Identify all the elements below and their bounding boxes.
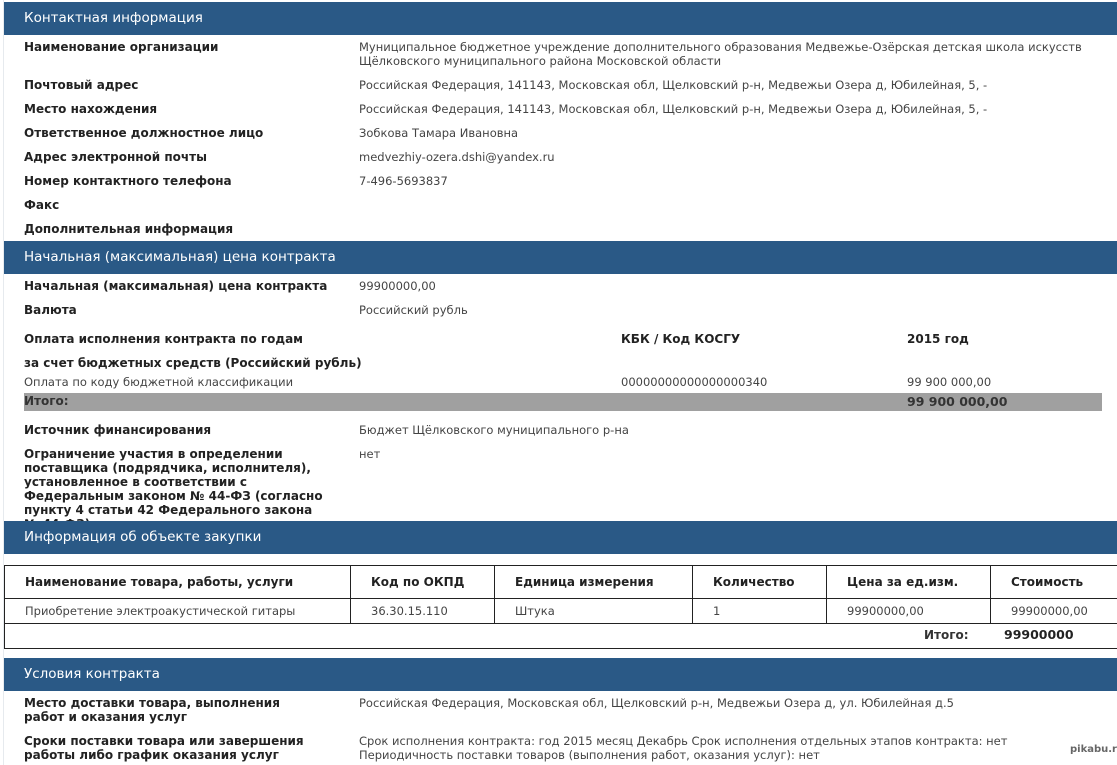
value-phone: 7-496-5693837 — [359, 174, 1104, 188]
value-max-price: 99900000,00 — [359, 279, 1104, 293]
label-items-total: Итого: — [924, 628, 969, 642]
cell-unit-price: 99900000,00 — [827, 599, 991, 624]
cell-quantity: 1 — [693, 599, 827, 624]
value-org-name: Муниципальное бюджетное учреждение допол… — [359, 40, 1104, 68]
value-email[interactable]: medvezhiy-ozera.dshi@yandex.ru — [359, 150, 1104, 164]
label-phone: Номер контактного телефона — [24, 174, 232, 188]
label-max-price: Начальная (максимальная) цена контракта — [24, 279, 327, 293]
label-location: Место нахождения — [24, 102, 157, 116]
col-header-quantity: Количество — [693, 566, 827, 599]
label-org-name: Наименование организации — [24, 40, 218, 54]
label-postal-address: Почтовый адрес — [24, 78, 138, 92]
procurement-notice-page: Контактная информация Наименование орган… — [3, 0, 1117, 765]
value-responsible-person: Зобкова Тамара Ивановна — [359, 126, 1104, 140]
value-postal-address: Российская Федерация, 141143, Московская… — [359, 78, 1104, 92]
watermark: pikabu.ru — [1070, 744, 1117, 755]
label-restriction: Ограничение участия в определении постав… — [24, 447, 324, 531]
label-total: Итого: — [24, 394, 69, 408]
cell-unit: Штука — [495, 599, 693, 624]
value-total: 99 900 000,00 — [907, 394, 1007, 409]
value-payment-code: 00000000000000000340 — [621, 375, 881, 389]
label-delivery-place: Место доставки товара, выполнения работ … — [24, 696, 324, 724]
value-delivery-terms: Срок исполнения контракта: год 2015 меся… — [359, 734, 1059, 762]
cell-name: Приобретение электроакустической гитары — [5, 599, 351, 624]
value-currency: Российский рубль — [359, 303, 1104, 317]
label-additional-info: Дополнительная информация — [24, 222, 233, 236]
col-header-okpd: Код по ОКПД — [351, 566, 495, 599]
header-year: 2015 год — [907, 332, 969, 346]
table-header-row: Наименование товара, работы, услуги Код … — [5, 566, 1117, 599]
col-header-unit: Единица измерения — [495, 566, 693, 599]
cell-cost: 99900000,00 — [991, 599, 1117, 624]
col-header-cost: Стоимость — [991, 566, 1117, 599]
header-kbk: КБК / Код КОСГУ — [621, 332, 740, 346]
label-fax: Факс — [24, 198, 59, 212]
label-funding-source: Источник финансирования — [24, 423, 211, 437]
cell-okpd: 36.30.15.110 — [351, 599, 495, 624]
value-items-total: 99900000 — [1004, 627, 1074, 642]
label-responsible-person: Ответственное должностное лицо — [24, 126, 263, 140]
value-delivery-place: Российская Федерация, Московская обл, Ще… — [359, 696, 1104, 710]
col-header-name: Наименование товара, работы, услуги — [5, 566, 351, 599]
value-location: Российская Федерация, 141143, Московская… — [359, 102, 1104, 116]
value-payment-year: 99 900 000,00 — [907, 375, 1097, 389]
section-header-price: Начальная (максимальная) цена контракта — [4, 241, 1117, 274]
label-delivery-terms: Сроки поставки товара или завершения раб… — [24, 734, 324, 762]
label-email: Адрес электронной почты — [24, 150, 207, 164]
value-restriction: нет — [359, 447, 1104, 461]
section-header-purchase: Информация об объекте закупки — [4, 521, 1117, 554]
label-budget-funds: за счет бюджетных средств (Российский ру… — [24, 356, 362, 370]
section-header-contact: Контактная информация — [4, 2, 1117, 35]
col-header-unit-price: Цена за ед.изм. — [827, 566, 991, 599]
value-funding-source: Бюджет Щёлковского муниципального р-на — [359, 423, 1104, 437]
section-header-conditions: Условия контракта — [4, 658, 1117, 691]
label-payment-by-years: Оплата исполнения контракта по годам — [24, 332, 303, 346]
table-row: Приобретение электроакустической гитары … — [5, 599, 1117, 624]
label-currency: Валюта — [24, 303, 77, 317]
